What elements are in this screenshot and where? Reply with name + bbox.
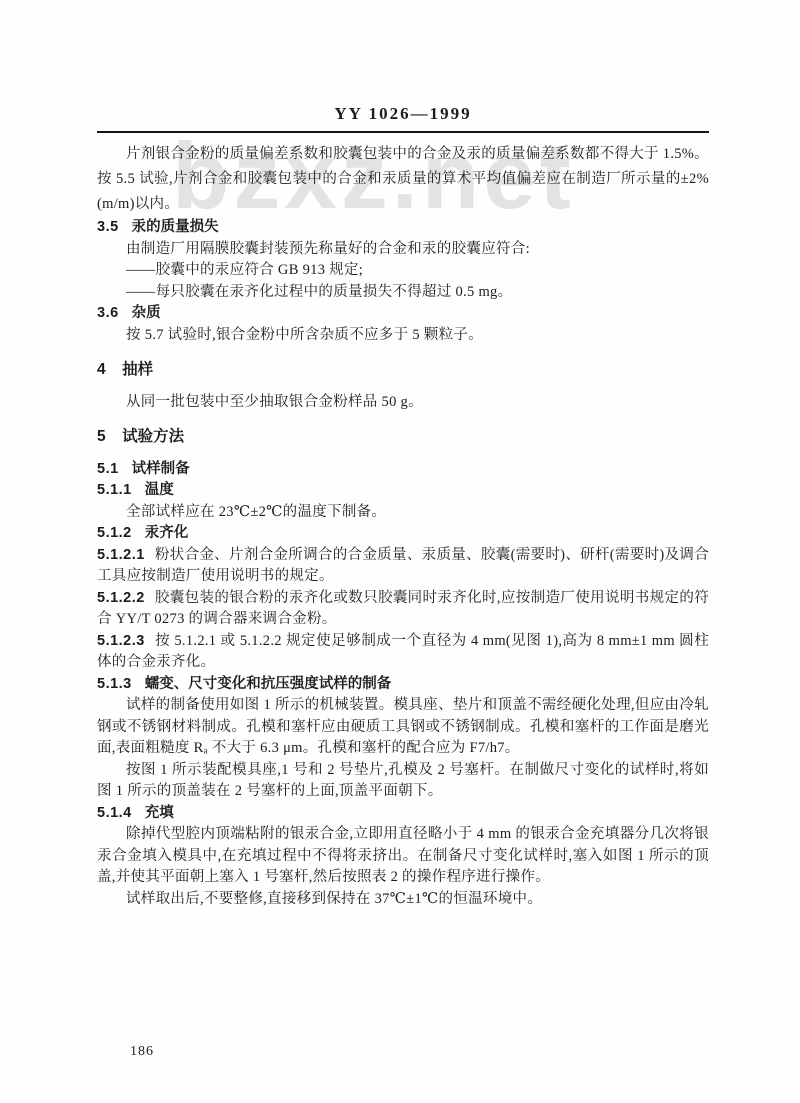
standard-code-header: YY 1026—1999	[97, 0, 709, 124]
clause-3-5-paragraph: 由制造厂用隔膜胶囊封装预先称量好的合金和汞的胶囊应符合:	[97, 239, 709, 261]
clause-4-number: 4	[97, 361, 106, 378]
clause-5-heading: 5试验方法	[97, 426, 709, 448]
clause-5-1-4-paragraph-2: 试样取出后,不要整修,直接移到保持在 37℃±1℃的恒温环境中。	[97, 889, 709, 911]
clause-5-1-3-number: 5.1.3	[97, 676, 132, 692]
clause-3-6-title: 杂质	[132, 305, 161, 321]
clause-5-1-2-number: 5.1.2	[97, 525, 132, 541]
page-number: 186	[130, 1044, 154, 1060]
clause-5-1-4-title: 充填	[145, 805, 174, 821]
clause-3-5-dash-item-1: ——胶囊中的汞应符合 GB 913 规定;	[97, 260, 709, 282]
clause-3-5-number: 3.5	[97, 219, 119, 235]
clause-3-6-heading: 3.6杂质	[97, 303, 709, 325]
clause-5-1-1-number: 5.1.1	[97, 482, 132, 498]
clause-3-5-title: 汞的质量损失	[132, 219, 219, 235]
clause-4-paragraph: 从同一批包装中至少抽取银合金粉样品 50 g。	[97, 392, 709, 414]
clause-3-6-number: 3.6	[97, 305, 119, 321]
clause-5-1-2-1-text: 粉状合金、片剂合金所调合的合金质量、汞质量、胶囊(需要时)、研杆(需要时)及调合…	[97, 547, 709, 585]
clause-5-1-2-3-paragraph: 5.1.2.3按 5.1.2.1 或 5.1.2.2 规定使足够制成一个直径为 …	[97, 631, 709, 674]
clause-5-title: 试验方法	[122, 428, 184, 445]
clause-5-1-1-paragraph: 全部试样应在 23℃±2℃的温度下制备。	[97, 502, 709, 524]
clause-3-5-dash-item-2: ——每只胶囊在汞齐化过程中的质量损失不得超过 0.5 mg。	[97, 282, 709, 304]
clause-5-1-1-title: 温度	[145, 482, 174, 498]
clause-5-1-4-number: 5.1.4	[97, 805, 132, 821]
clause-5-1-3-heading: 5.1.3蠕变、尺寸变化和抗压强度试样的制备	[97, 674, 709, 696]
clause-5-1-2-heading: 5.1.2汞齐化	[97, 523, 709, 545]
clause-4-title: 抽样	[122, 361, 153, 378]
intro-paragraph: 片剂银合金粉的质量偏差系数和胶囊包装中的合金及汞的质量偏差系数都不得大于 1.5…	[97, 142, 709, 217]
clause-5-1-2-1-paragraph: 5.1.2.1粉状合金、片剂合金所调合的合金质量、汞质量、胶囊(需要时)、研杆(…	[97, 545, 709, 588]
document-content: YY 1026—1999 片剂银合金粉的质量偏差系数和胶囊包装中的合金及汞的质量…	[97, 0, 709, 910]
clause-3-6-paragraph: 按 5.7 试验时,银合金粉中所含杂质不应多于 5 颗粒子。	[97, 325, 709, 347]
header-rule	[97, 131, 709, 133]
clause-4-heading: 4抽样	[97, 359, 709, 381]
clause-5-1-number: 5.1	[97, 461, 119, 477]
clause-5-1-2-2-paragraph: 5.1.2.2胶囊包装的银合粉的汞齐化或数只胶囊同时汞齐化时,应按制造厂使用说明…	[97, 588, 709, 631]
clause-5-1-2-2-number: 5.1.2.2	[97, 590, 145, 606]
clause-5-number: 5	[97, 428, 106, 445]
clause-5-1-4-paragraph-1: 除掉代型腔内顶端粘附的银汞合金,立即用直径略小于 4 mm 的银汞合金充填器分几…	[97, 824, 709, 889]
clause-5-1-3-title: 蠕变、尺寸变化和抗压强度试样的制备	[145, 676, 392, 692]
clause-5-1-3-paragraph-2: 按图 1 所示装配模具座,1 号和 2 号垫片,孔模及 2 号塞杆。在制做尺寸变…	[97, 760, 709, 803]
clause-5-1-2-title: 汞齐化	[145, 525, 189, 541]
clause-5-1-4-heading: 5.1.4充填	[97, 803, 709, 825]
clause-5-1-2-3-text: 按 5.1.2.1 或 5.1.2.2 规定使足够制成一个直径为 4 mm(见图…	[97, 633, 709, 671]
clause-5-1-2-1-number: 5.1.2.1	[97, 547, 145, 563]
document-page: bzxz.net YY 1026—1999 片剂银合金粉的质量偏差系数和胶囊包装…	[0, 0, 800, 1103]
clause-5-1-2-2-text: 胶囊包装的银合粉的汞齐化或数只胶囊同时汞齐化时,应按制造厂使用说明书规定的符合 …	[97, 590, 709, 628]
clause-3-5-heading: 3.5汞的质量损失	[97, 217, 709, 239]
clause-5-1-1-heading: 5.1.1温度	[97, 480, 709, 502]
clause-5-1-title: 试样制备	[132, 461, 190, 477]
clause-5-1-heading: 5.1试样制备	[97, 459, 709, 481]
clause-5-1-2-3-number: 5.1.2.3	[97, 633, 145, 649]
clause-5-1-3-paragraph-1: 试样的制备使用如图 1 所示的机械装置。模具座、垫片和顶盖不需经硬化处理,但应由…	[97, 695, 709, 760]
